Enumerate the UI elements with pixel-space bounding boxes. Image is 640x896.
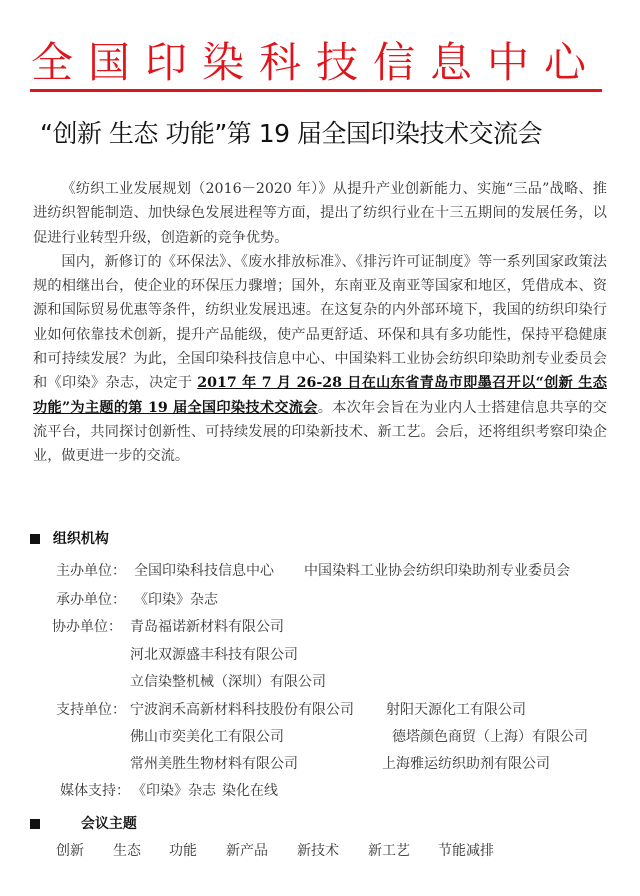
section-themes-title: 会议主题 [81,816,137,832]
co-organizer-label: 协办单位： [52,617,122,637]
theme-item: 创新 [56,840,84,860]
organizer-label: 承办单位： [56,590,126,610]
media-label: 媒体支持： [60,781,130,801]
host-1: 全国印染科技信息中心 [134,561,274,581]
theme-item: 新工艺 [368,840,410,860]
intro-paragraph-2-lead: 国内，新修订的《环保法》、《废水排放标准》、《排污许可证制度》等一系列国家政策法… [33,254,607,391]
section-themes: 会议主题 [30,814,137,834]
conference-title: “创新 生态 功能”第 19 届全国印染技术交流会 [40,114,630,154]
supporter-row: 常州美胜生物材料有限公司 上海雅运纺织助剂有限公司 [0,754,640,774]
theme-item: 节能减排 [438,840,494,860]
media-2: 染化在线 [222,781,278,801]
host-2: 中国染料工业协会纺织印染助剂专业委员会 [304,561,570,581]
supporter: 常州美胜生物材料有限公司 [130,754,298,774]
supporter: 德塔颜色商贸（上海）有限公司 [392,727,588,747]
square-bullet-icon [30,534,40,544]
media-1: 《印染》杂志 [132,781,216,801]
theme-item: 新产品 [226,840,268,860]
intro-paragraph-2: 国内，新修订的《环保法》、《废水排放标准》、《排污许可证制度》等一系列国家政策法… [33,250,607,469]
supporter-row: 佛山市奕美化工有限公司 德塔颜色商贸（上海）有限公司 [0,727,640,747]
host-row: 主办单位： 全国印染科技信息中心 中国染料工业协会纺织印染助剂专业委员会 [0,561,640,581]
org-title: 全国印染科技信息中心 [30,38,602,92]
section-organization-title: 组织机构 [53,531,109,547]
organizer-value: 《印染》杂志 [134,590,218,610]
theme-item: 新技术 [297,840,339,860]
supporter: 宁波润禾高新材料科技股份有限公司 [130,700,354,720]
intro-paragraph-1: 《纺织工业发展规划（2016－2020 年）》从提升产业创新能力、实施“三品”战… [33,177,607,250]
supporter-row: 支持单位： 宁波润禾高新材料科技股份有限公司 射阳天源化工有限公司 [0,700,640,720]
media-row: 媒体支持： 《印染》杂志 染化在线 [0,781,640,801]
section-organization: 组织机构 [30,529,109,549]
co-organizer-row: 河北双源盛丰科技有限公司 [0,645,640,665]
supporter: 射阳天源化工有限公司 [386,700,526,720]
theme-item: 生态 [113,840,141,860]
co-organizer-row: 立信染整机械（深圳）有限公司 [0,672,640,692]
co-organizer-1: 青岛福诺新材料有限公司 [130,617,284,637]
supporter: 上海雅运纺织助剂有限公司 [382,754,550,774]
co-organizer-row: 协办单位： 青岛福诺新材料有限公司 [0,617,640,637]
supporter-label: 支持单位： [56,700,126,720]
host-label: 主办单位： [56,561,126,581]
theme-item: 功能 [169,840,197,860]
organizer-row: 承办单位： 《印染》杂志 [0,590,640,610]
co-organizer-2: 河北双源盛丰科技有限公司 [130,645,298,665]
intro-text: 《纺织工业发展规划（2016－2020 年）》从提升产业创新能力、实施“三品”战… [33,177,607,469]
co-organizer-3: 立信染整机械（深圳）有限公司 [130,672,326,692]
square-bullet-icon [30,819,40,829]
supporter: 佛山市奕美化工有限公司 [130,727,284,747]
